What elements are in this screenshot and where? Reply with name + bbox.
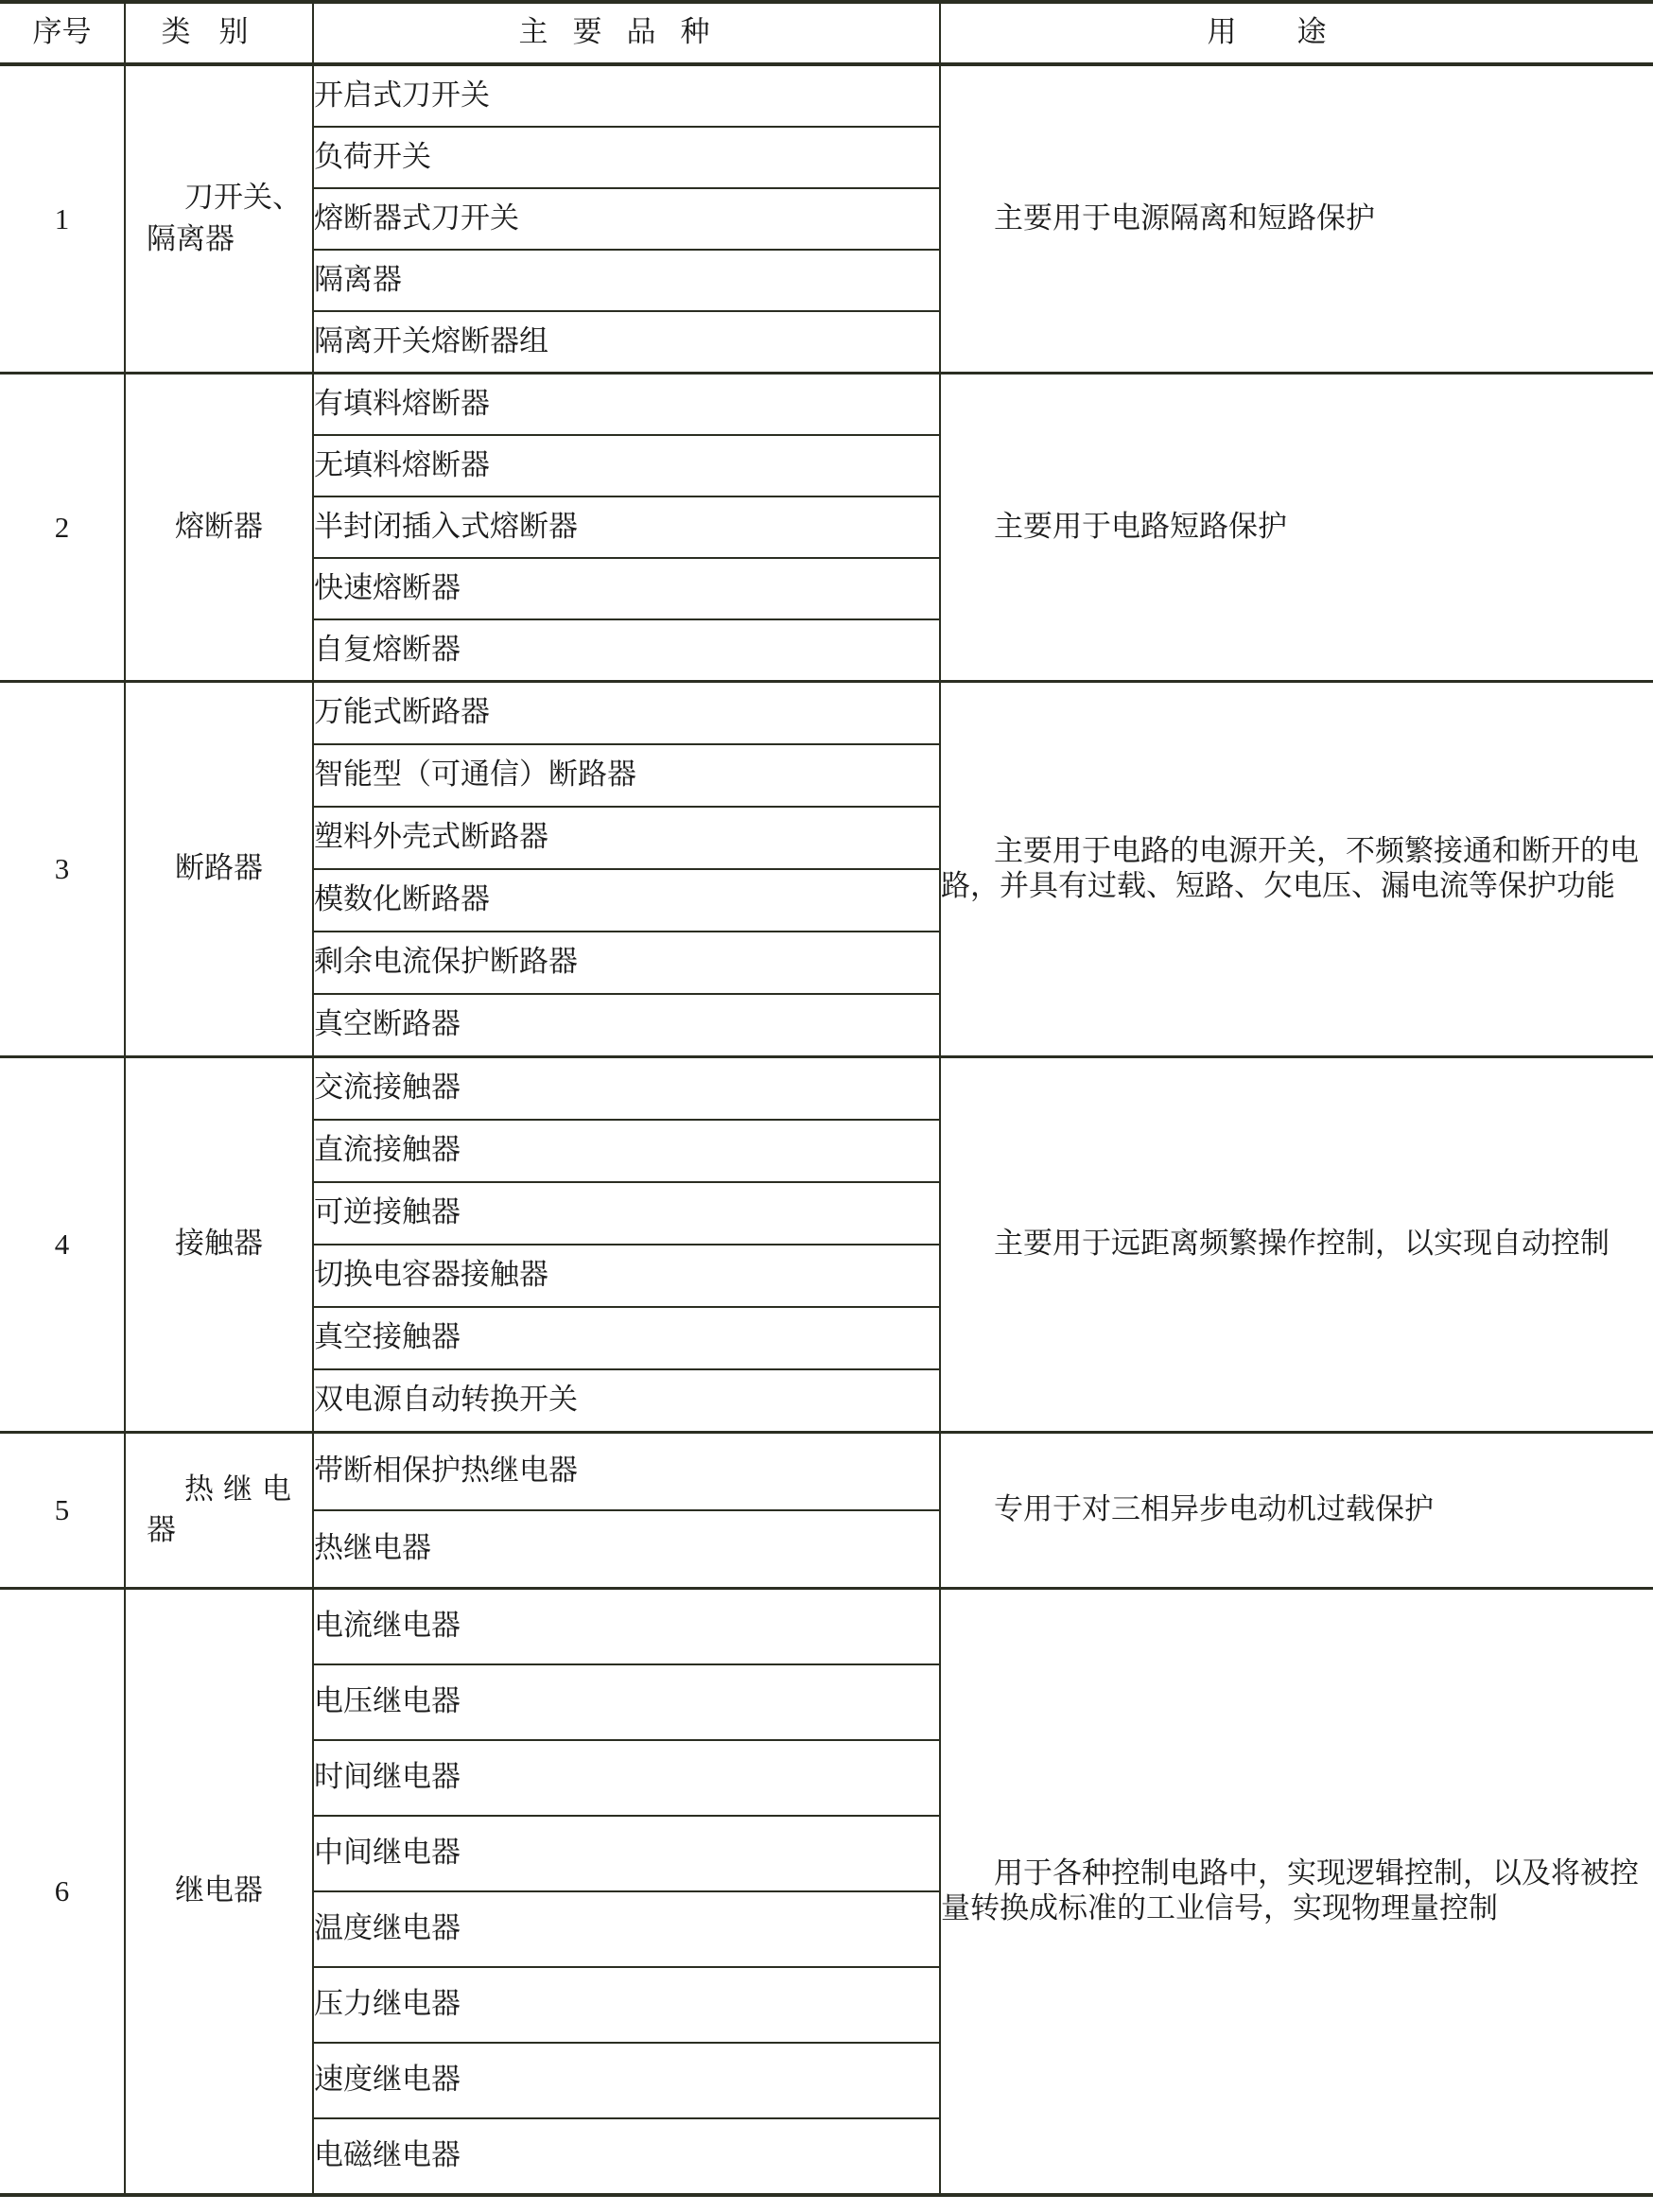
header-varieties: 主要品种 [313, 2, 940, 64]
variety-cell: 智能型（可通信）断路器 [313, 744, 940, 807]
variety-cell: 电磁继电器 [313, 2118, 940, 2195]
category-cell: 断路器 [125, 682, 313, 1057]
table-row: 6 继电器 电流继电器 用于各种控制电路中，实现逻辑控制，以及将被控量转换成标准… [0, 1589, 1653, 1665]
variety-cell: 快速熔断器 [313, 558, 940, 619]
row-number: 6 [0, 1589, 125, 2196]
table-row: 4 接触器 交流接触器 主要用于远距离频繁操作控制，以实现自动控制 [0, 1057, 1653, 1121]
header-category: 类别 [125, 2, 313, 64]
variety-cell: 热继电器 [313, 1510, 940, 1589]
table-row: 1 刀开关、隔离器 开启式刀开关 主要用于电源隔离和短路保护 [0, 64, 1653, 127]
variety-cell: 速度继电器 [313, 2043, 940, 2118]
variety-cell: 直流接触器 [313, 1120, 940, 1182]
usage-cell: 用于各种控制电路中，实现逻辑控制，以及将被控量转换成标准的工业信号，实现物理量控… [940, 1589, 1653, 2196]
row-number: 1 [0, 64, 125, 374]
category-cell: 继电器 [125, 1589, 313, 2196]
usage-cell: 主要用于电路的电源开关，不频繁接通和断开的电路，并具有过载、短路、欠电压、漏电流… [940, 682, 1653, 1057]
variety-cell: 熔断器式刀开关 [313, 188, 940, 250]
row-number: 2 [0, 374, 125, 682]
variety-cell: 自复熔断器 [313, 619, 940, 682]
variety-cell: 电流继电器 [313, 1589, 940, 1665]
variety-cell: 带断相保护热继电器 [313, 1433, 940, 1511]
usage-cell: 主要用于远距离频繁操作控制，以实现自动控制 [940, 1057, 1653, 1433]
table-row: 2 熔断器 有填料熔断器 主要用于电路短路保护 [0, 374, 1653, 436]
header-usage: 用途 [940, 2, 1653, 64]
variety-cell: 可逆接触器 [313, 1182, 940, 1245]
variety-cell: 切换电容器接触器 [313, 1245, 940, 1307]
variety-cell: 有填料熔断器 [313, 374, 940, 436]
usage-cell: 主要用于电路短路保护 [940, 374, 1653, 682]
row-number: 4 [0, 1057, 125, 1433]
variety-cell: 交流接触器 [313, 1057, 940, 1121]
variety-cell: 中间继电器 [313, 1816, 940, 1891]
category-cell: 接触器 [125, 1057, 313, 1433]
variety-cell: 时间继电器 [313, 1740, 940, 1816]
variety-cell: 隔离开关熔断器组 [313, 311, 940, 374]
table-row: 5 热继电器 带断相保护热继电器 专用于对三相异步电动机过载保护 [0, 1433, 1653, 1511]
row-number: 5 [0, 1433, 125, 1589]
header-no: 序号 [0, 2, 125, 64]
variety-cell: 开启式刀开关 [313, 64, 940, 127]
variety-cell: 压力继电器 [313, 1967, 940, 2043]
variety-cell: 真空接触器 [313, 1307, 940, 1369]
variety-cell: 电压继电器 [313, 1664, 940, 1740]
variety-cell: 塑料外壳式断路器 [313, 807, 940, 869]
variety-cell: 双电源自动转换开关 [313, 1369, 940, 1433]
electrical-appliance-table: 序号 类别 主要品种 用途 1 刀开关、隔离器 开启式刀开关 主要用于电源隔离和… [0, 0, 1653, 2197]
document-page: 序号 类别 主要品种 用途 1 刀开关、隔离器 开启式刀开关 主要用于电源隔离和… [0, 0, 1653, 2212]
variety-cell: 真空断路器 [313, 994, 940, 1057]
variety-cell: 温度继电器 [313, 1891, 940, 1967]
table-row: 3 断路器 万能式断路器 主要用于电路的电源开关，不频繁接通和断开的电路，并具有… [0, 682, 1653, 745]
category-cell: 热继电器 [125, 1433, 313, 1589]
variety-cell: 负荷开关 [313, 127, 940, 188]
variety-cell: 模数化断路器 [313, 869, 940, 932]
row-number: 3 [0, 682, 125, 1057]
table-header-row: 序号 类别 主要品种 用途 [0, 2, 1653, 64]
usage-cell: 专用于对三相异步电动机过载保护 [940, 1433, 1653, 1589]
category-cell: 刀开关、隔离器 [125, 64, 313, 374]
usage-cell: 主要用于电源隔离和短路保护 [940, 64, 1653, 374]
variety-cell: 万能式断路器 [313, 682, 940, 745]
variety-cell: 无填料熔断器 [313, 435, 940, 496]
variety-cell: 隔离器 [313, 250, 940, 311]
variety-cell: 剩余电流保护断路器 [313, 932, 940, 994]
category-cell: 熔断器 [125, 374, 313, 682]
variety-cell: 半封闭插入式熔断器 [313, 496, 940, 558]
